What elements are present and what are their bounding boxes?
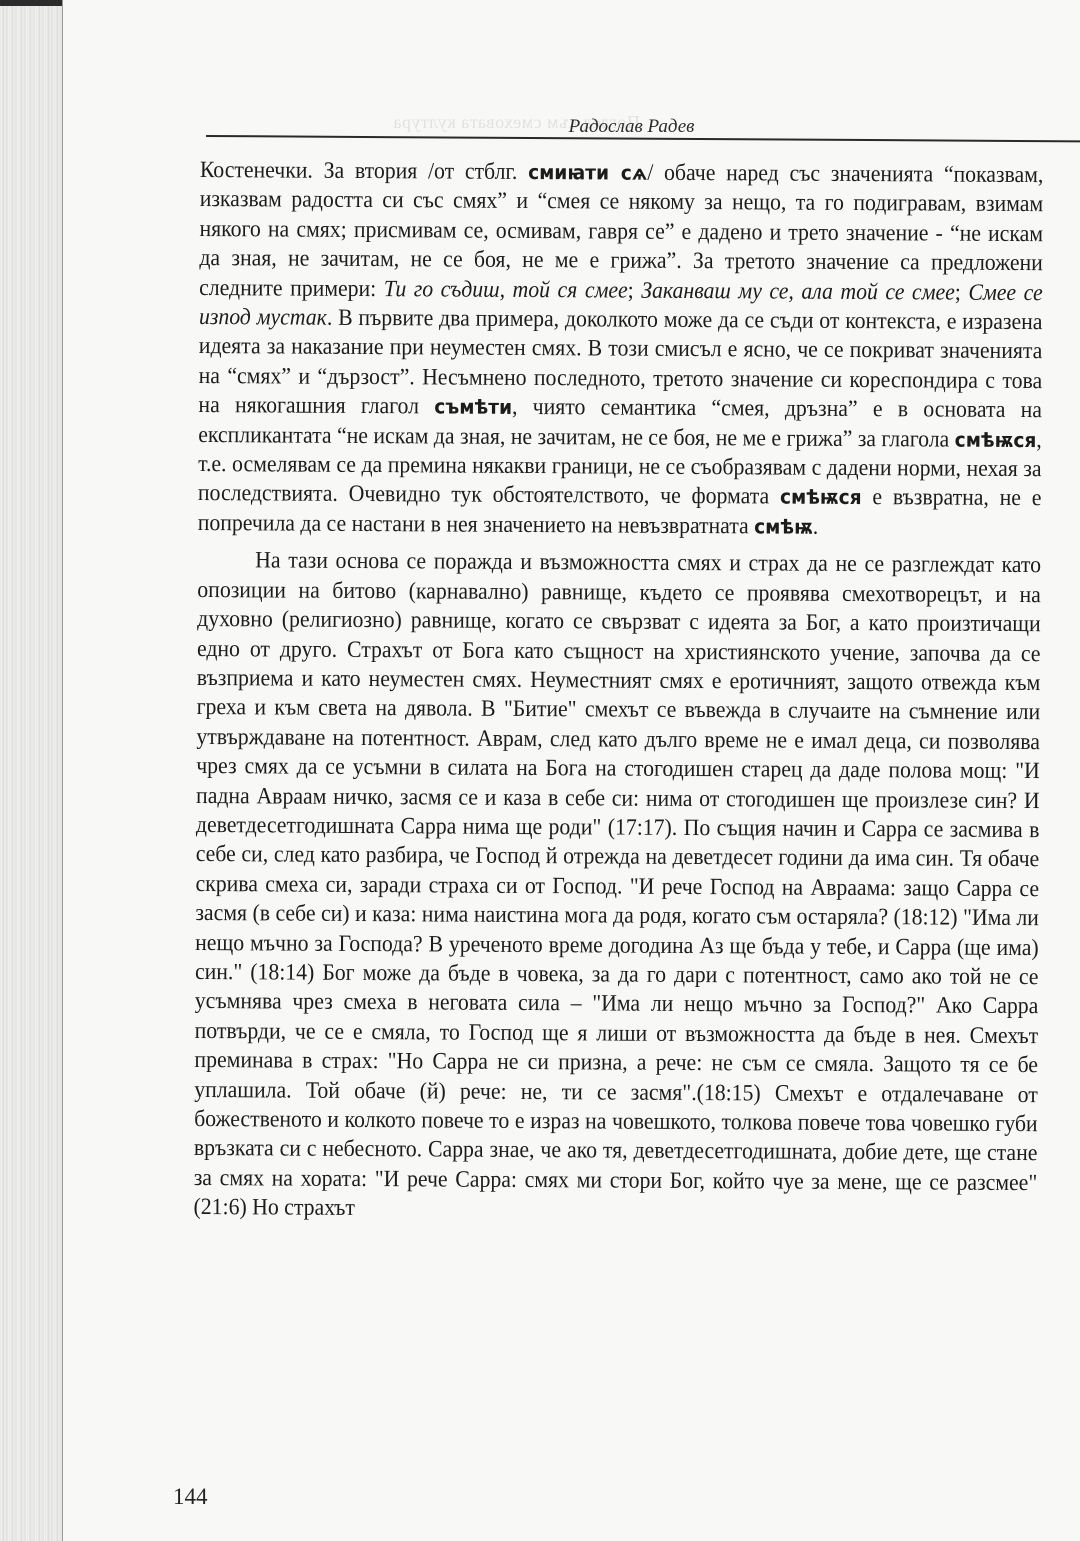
old-church-slavonic-term: смиꙗти сѧ xyxy=(528,160,647,185)
old-church-slavonic-term: съмѣти xyxy=(434,395,512,419)
old-church-slavonic-term: смѣѭся xyxy=(955,427,1037,451)
text-run: Костенечки. За втория /от стблг. xyxy=(200,157,528,185)
old-church-slavonic-term: смѣѭся xyxy=(780,485,862,509)
italic-example: Заканваш му се, ала той се смее xyxy=(641,277,955,305)
body-text: Костенечки. За втория /от стблг. смиꙗти … xyxy=(193,156,1043,1228)
book-page-edges xyxy=(0,0,63,1541)
scanned-book-page: Поглед към смеховата култура Радослав Ра… xyxy=(0,0,1080,1541)
text-run: ; xyxy=(628,277,642,303)
text-run: . xyxy=(813,514,819,540)
page-number: 144 xyxy=(173,1484,208,1510)
paragraph: Костенечки. За втория /от стблг. смиꙗти … xyxy=(198,156,1044,543)
old-church-slavonic-term: смѣѭ xyxy=(754,514,813,538)
italic-example: Ти го съдиш, той ся смее xyxy=(384,276,628,303)
text-run: На тази основа се поражда и възможността… xyxy=(193,548,1041,1222)
page: Поглед към смеховата култура Радослав Ра… xyxy=(63,0,1080,1541)
text-run: ; xyxy=(955,279,969,305)
paragraph: На тази основа се поражда и възможността… xyxy=(193,546,1041,1227)
